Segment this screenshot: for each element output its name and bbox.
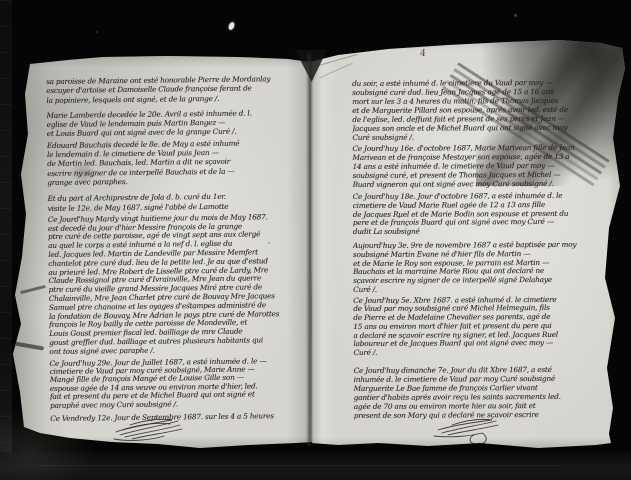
dust-speck-bright (228, 21, 236, 30)
fold-crease (319, 63, 352, 79)
manuscript-page-right: 4 du soir, a esté inhumé d. le cimetiere… (308, 36, 628, 450)
manuscript-line: Buard vigneron qui ont signé avec moy Cu… (353, 179, 623, 189)
manuscript-paragraph: Ce Jourd'huy 29e. Jour de Juillet 1687, … (49, 356, 313, 410)
manuscript-paragraph: Ce Jourd'huy Mardy vingt huitieme jour d… (48, 213, 313, 357)
manuscript-paragraph: Aujourd'huy 3e. 9re de novembre 1687 a e… (353, 241, 623, 295)
paper-tear (14, 341, 44, 350)
manuscript-line: Curé /. (353, 285, 623, 295)
paper-tear (20, 285, 46, 294)
signature-flourish-left (112, 412, 190, 442)
manuscript-line: ont tous signé avec paraphe /. (49, 345, 312, 357)
register-scan: sa paroisse de Maraine ont esté honorabl… (0, 0, 631, 480)
dust-speck-dim (96, 31, 98, 33)
manuscript-paragraph: sa paroisse de Maraine ont esté honorabl… (46, 74, 309, 105)
manuscript-line: paraphé avec moy Curé soubsigné /. (50, 398, 313, 410)
signature-flourish-right (432, 414, 504, 450)
manuscript-line: dudit La soubsigné (353, 227, 623, 237)
left-page-text: sa paroisse de Maraine ont esté honorabl… (46, 74, 313, 429)
manuscript-paragraph: Et du part al Archiprestre de Jola d. b.… (47, 191, 310, 213)
fold-crease (315, 54, 358, 67)
manuscript-paragraph: du soir, a esté inhumé d. le cimetiere d… (352, 78, 622, 142)
manuscript-paragraph: Marie Lamberde decedée le 20e. Avril a e… (46, 108, 309, 139)
manuscript-line: et Louis Buard qui ont signé avec de la … (47, 126, 310, 139)
right-page-text: du soir, a esté inhumé d. le cimetiere d… (352, 78, 624, 425)
manuscript-line: grange avec paraphes. (47, 175, 310, 188)
manuscript-line: Curé soubsigné /. (352, 132, 622, 142)
dust-speck-dim (514, 14, 517, 17)
folio-number: 4 (419, 48, 426, 60)
manuscript-paragraph: Ce Jourd'huy 16e. d'octobre 1687, Marie … (352, 143, 622, 189)
manuscript-paragraph: Ce Jourd'huy dimanche 7e. Jour du dit Xb… (354, 364, 624, 419)
manuscript-paragraph: Ce Jourd'huy 18e. Jour d'octobre 1687, a… (353, 192, 623, 237)
manuscript-paragraph: Edouard Bauchais decedé le 8e. de May a … (47, 138, 311, 188)
manuscript-paragraph: Ce Jourd'huy 5e. Xbre 1687. a esté inhum… (353, 295, 623, 357)
scan-scratch-line (40, 465, 560, 466)
manuscript-line: Curé /. (353, 348, 623, 358)
manuscript-page-left: sa paroisse de Maraine ont esté honorabl… (8, 52, 313, 450)
